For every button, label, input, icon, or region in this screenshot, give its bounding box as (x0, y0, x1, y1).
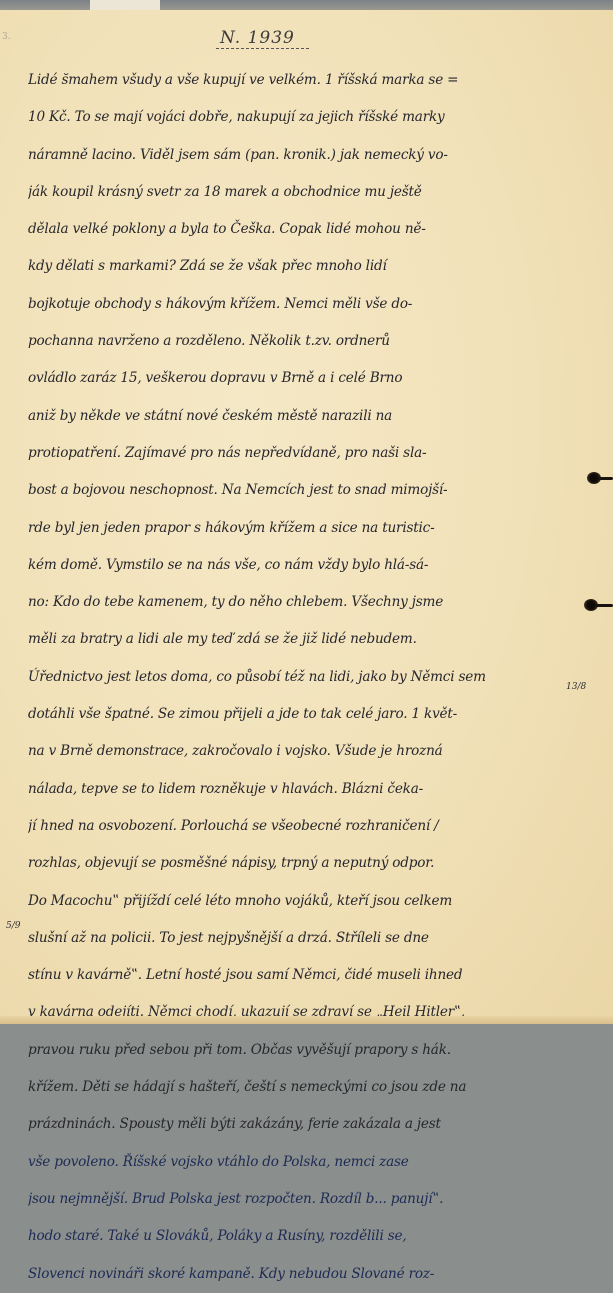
text-line: nálada, tepve se to lidem rozněkuje v hl… (28, 771, 598, 808)
page-bottom-edge (0, 1016, 613, 1024)
text-line: dotáhli vše špatné. Se zimou přijeli a j… (28, 696, 598, 733)
text-line: Úřednictvo jest letos doma, co působí té… (28, 659, 598, 696)
text-line: rde byl jen jeden prapor s hákovým kříže… (28, 510, 598, 547)
text-line: měli za bratry a lidi ale my teď zdá se … (28, 621, 598, 658)
text-line: náramně lacino. Viděl jsem sám (pan. kro… (28, 137, 598, 174)
text-line: pochanna navrženo a rozděleno. Několik t… (28, 323, 598, 360)
text-line: Lidé s̆mahem všudy a vše kupují ve velké… (28, 62, 598, 99)
text-line: dělala velké poklony a byla to Češka. Co… (28, 211, 598, 248)
punch-hole-tail (595, 604, 613, 607)
margin-note-date: 13/8 (566, 682, 586, 692)
text-line: kém domě. Vymstilo se na nás vše, co nám… (28, 547, 598, 584)
text-line: na v Brně demonstrace, zakročovalo i voj… (28, 733, 598, 770)
text-line: rozhlas, objevují se posměšné nápisy, tr… (28, 845, 598, 882)
text-line: ják koupil krásný svetr za 18 marek a ob… (28, 174, 598, 211)
text-line: protiopatření. Zajímavé pro nás nepředví… (28, 435, 598, 472)
text-line: bost a bojovou neschopnost. Na Nemcích j… (28, 472, 598, 509)
scanner-background-strip (0, 0, 613, 10)
text-line: bojkotuje obchody s hákovým křížem. Nemc… (28, 286, 598, 323)
page-header-year: N. 1939 (216, 28, 309, 49)
corner-mark: 3. (2, 32, 11, 42)
paper-tab (90, 0, 160, 10)
text-line: aniž by někde ve státní nové českém měst… (28, 398, 598, 435)
text-line: jí hned na osvobození. Porlouchá se všeo… (28, 808, 598, 845)
margin-note-date: 5/9 (6, 921, 20, 931)
punch-hole-tail (598, 477, 613, 480)
text-line: Do Macochu‟ přijíždí celé léto mnoho voj… (28, 883, 598, 920)
text-line: slušní až na policii. To jest nejpyšnějš… (28, 920, 598, 957)
document-page: 3. N. 1939 Lidé s̆mahem všudy a vše kupu… (0, 10, 613, 1024)
text-line: 10 Kč. To se mají vojáci dobře, nakupují… (28, 99, 598, 136)
text-line: kdy dělati s markami? Zdá se že však pře… (28, 248, 598, 285)
handwritten-text-body: Lidé s̆mahem všudy a vše kupují ve velké… (28, 62, 598, 1024)
text-line: stínu v kavárně‟. Letní hosté jsou samí … (28, 957, 598, 994)
text-line: ovládlo zaráz 15, veškerou dopravu v Brn… (28, 360, 598, 397)
text-line: no: Kdo do tebe kamenem, ty do něho chle… (28, 584, 598, 621)
